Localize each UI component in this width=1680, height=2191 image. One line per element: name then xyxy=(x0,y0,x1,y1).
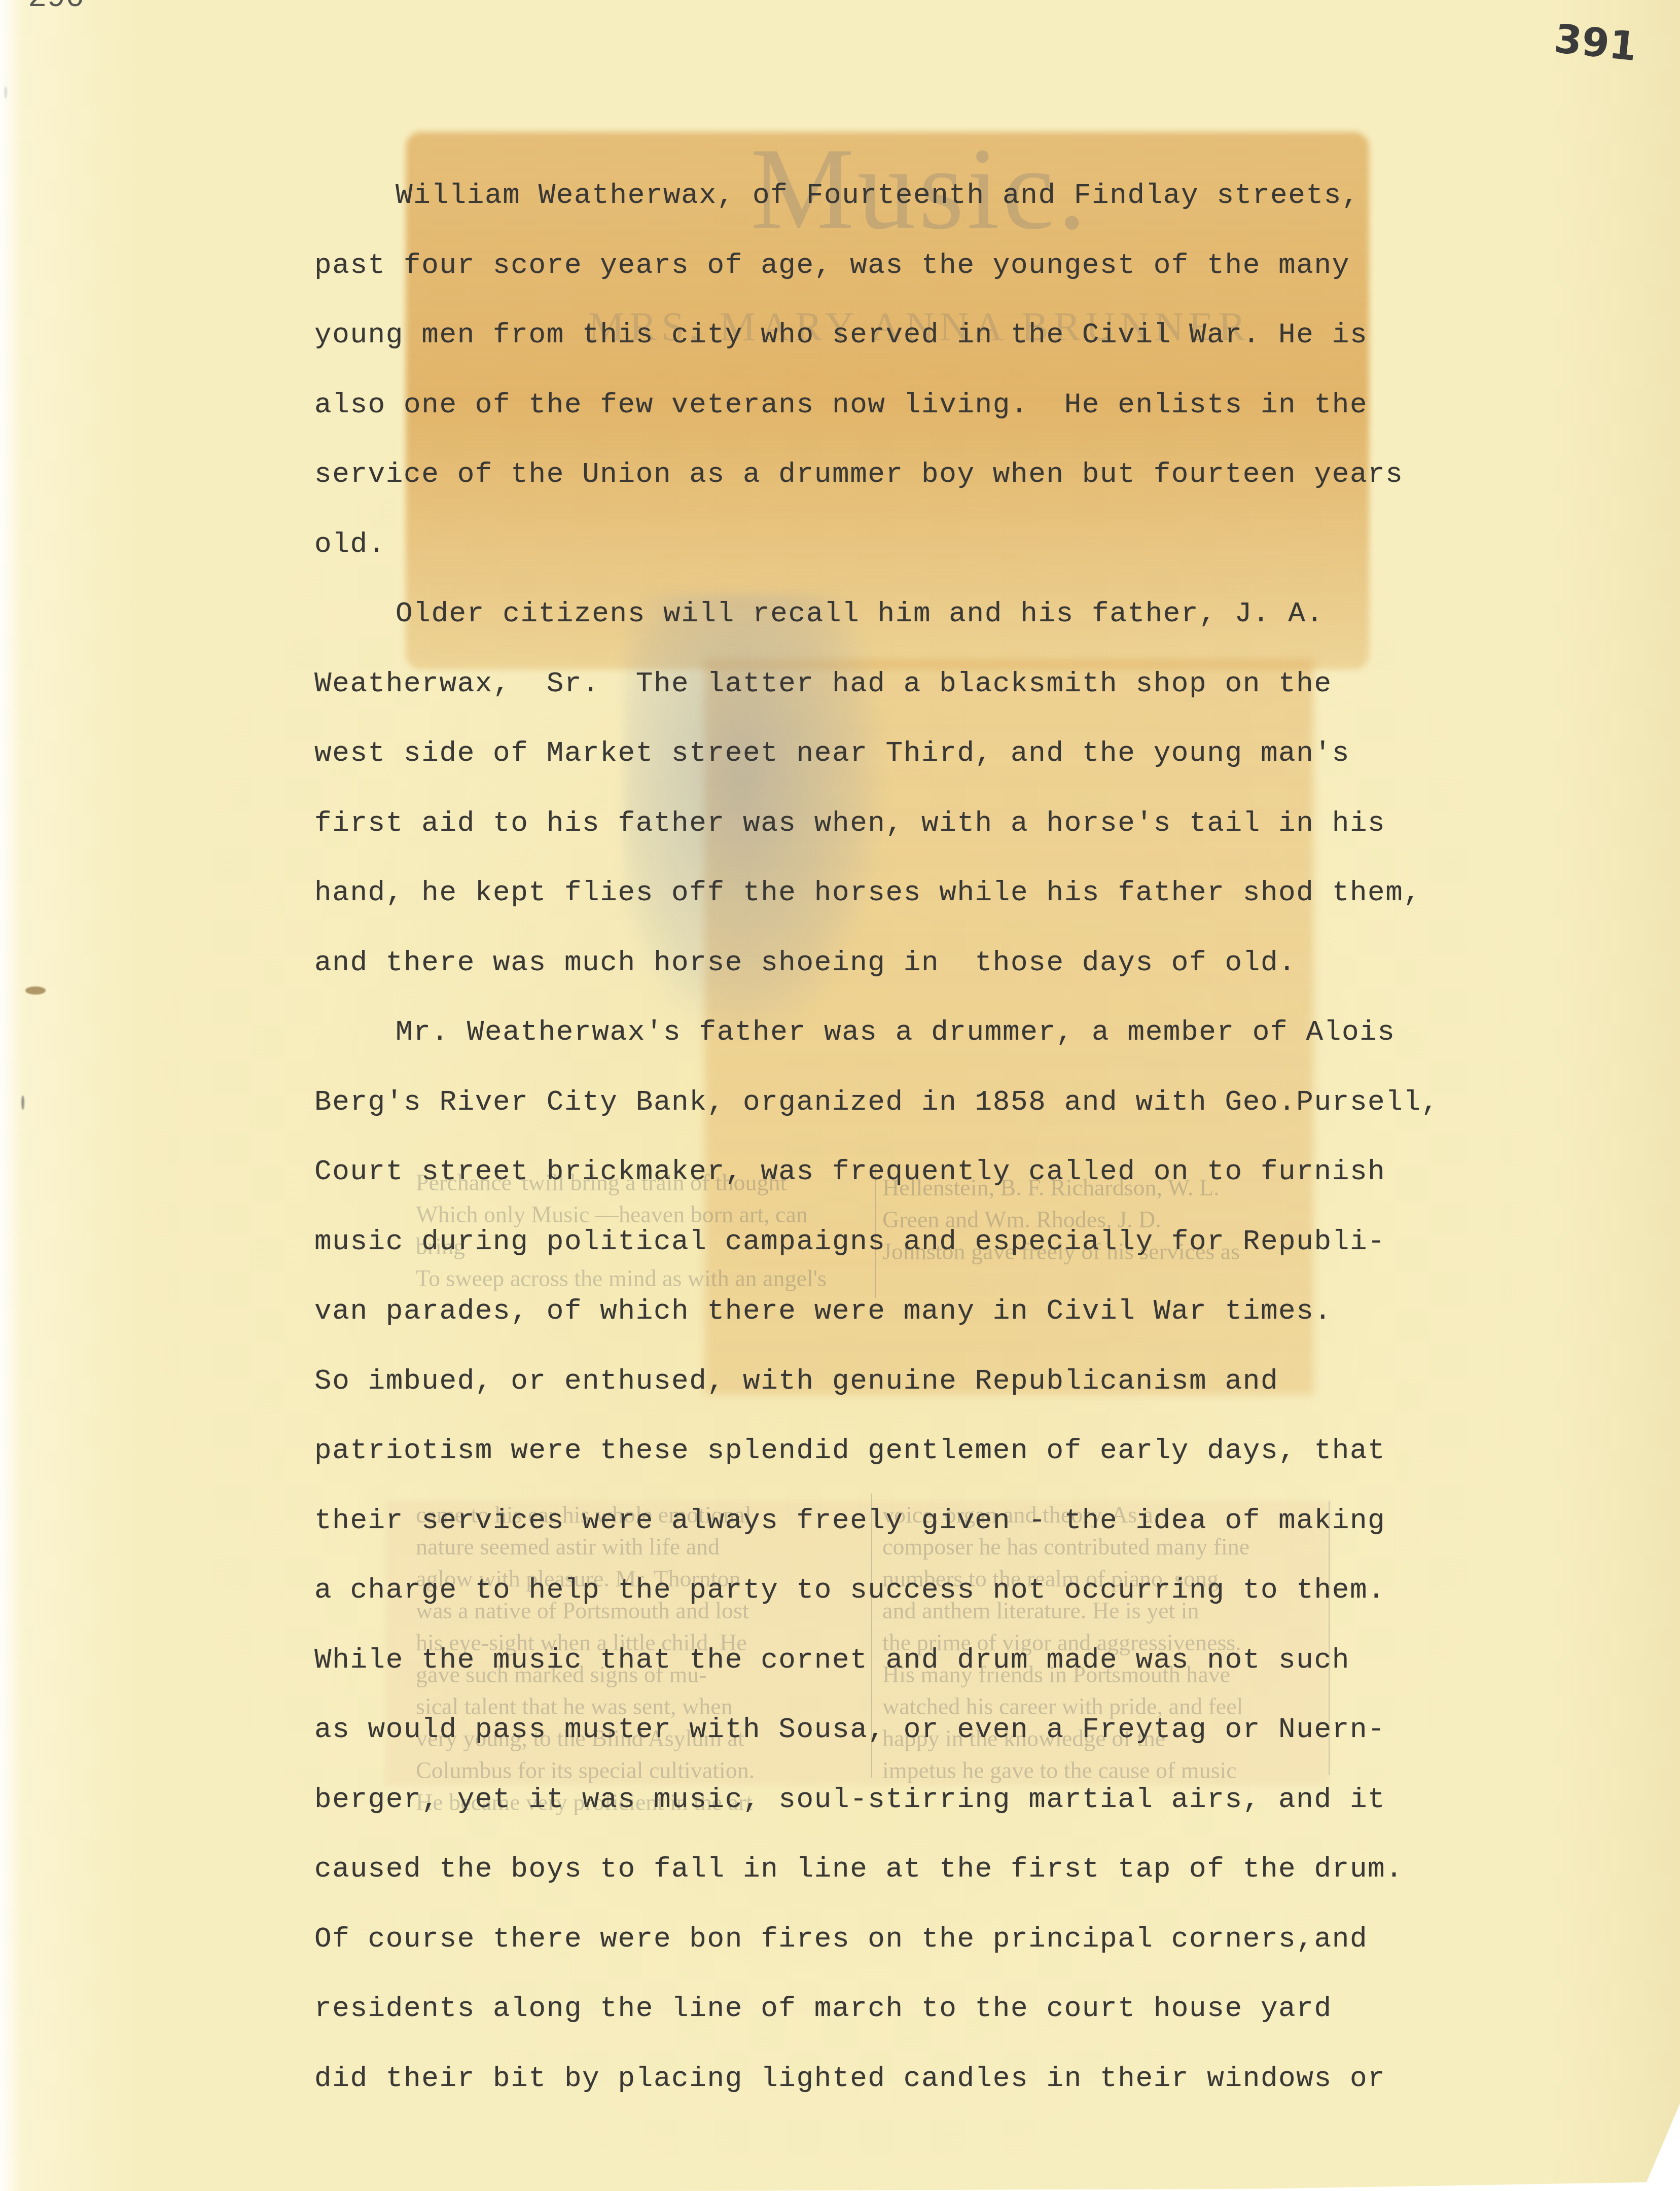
typed-line: service of the Union as a drummer boy wh… xyxy=(314,451,1658,521)
handwritten-page-number: 391 xyxy=(1552,16,1639,70)
typed-line: a charge to help the party to success no… xyxy=(314,1567,1658,1637)
typed-line: past four score years of age, was the yo… xyxy=(314,242,1658,312)
typed-line: did their bit by placing lighted candles… xyxy=(314,2056,1658,2126)
folio-number: 290 xyxy=(28,0,85,16)
typed-line: also one of the few veterans now living.… xyxy=(314,382,1658,452)
typed-line: as would pass muster with Sousa, or even… xyxy=(314,1707,1658,1777)
typed-line: west side of Market street near Third, a… xyxy=(314,730,1658,800)
typed-line: patriotism were these splendid gentlemen… xyxy=(314,1428,1658,1498)
paper-edge xyxy=(0,0,23,2191)
typed-line: residents along the line of march to the… xyxy=(314,1986,1658,2056)
document-page: Music. MRS. MARY ANNA BRUNNER Perchance … xyxy=(0,0,1680,2191)
typed-line: Court street brickmaker, was frequently … xyxy=(314,1149,1658,1219)
typed-line: music during political campaigns and esp… xyxy=(314,1219,1658,1289)
typed-line: Weatherwax, Sr. The latter had a blacksm… xyxy=(314,661,1658,731)
typed-line: old. xyxy=(314,521,1658,591)
typed-text-body: William Weatherwax, of Fourteenth and Fi… xyxy=(314,172,1658,2125)
typed-line: first aid to his father was when, with a… xyxy=(314,800,1658,870)
typed-line: their services were always freely given … xyxy=(314,1498,1658,1568)
typed-line: While the music that the cornet and drum… xyxy=(314,1637,1658,1707)
typed-line: berger, yet it was music, soul-stirring … xyxy=(314,1777,1658,1847)
typed-line: van parades, of which there were many in… xyxy=(314,1288,1658,1358)
margin-mark xyxy=(25,986,46,995)
typed-line: and there was much horse shoeing in thos… xyxy=(314,940,1658,1010)
typed-line: Of course there were bon fires on the pr… xyxy=(314,1916,1658,1986)
typed-line: Berg's River City Bank, organized in 185… xyxy=(314,1079,1658,1149)
typed-line: Older citizens will recall him and his f… xyxy=(314,591,1658,661)
typed-line: William Weatherwax, of Fourteenth and Fi… xyxy=(314,172,1658,242)
typed-line: hand, he kept flies off the horses while… xyxy=(314,870,1658,940)
typed-line: caused the boys to fall in line at the f… xyxy=(314,1846,1658,1916)
typed-line: young men from this city who served in t… xyxy=(314,312,1658,382)
typed-line: Mr. Weatherwax's father was a drummer, a… xyxy=(314,1009,1658,1079)
typed-line: So imbued, or enthused, with genuine Rep… xyxy=(314,1358,1658,1428)
